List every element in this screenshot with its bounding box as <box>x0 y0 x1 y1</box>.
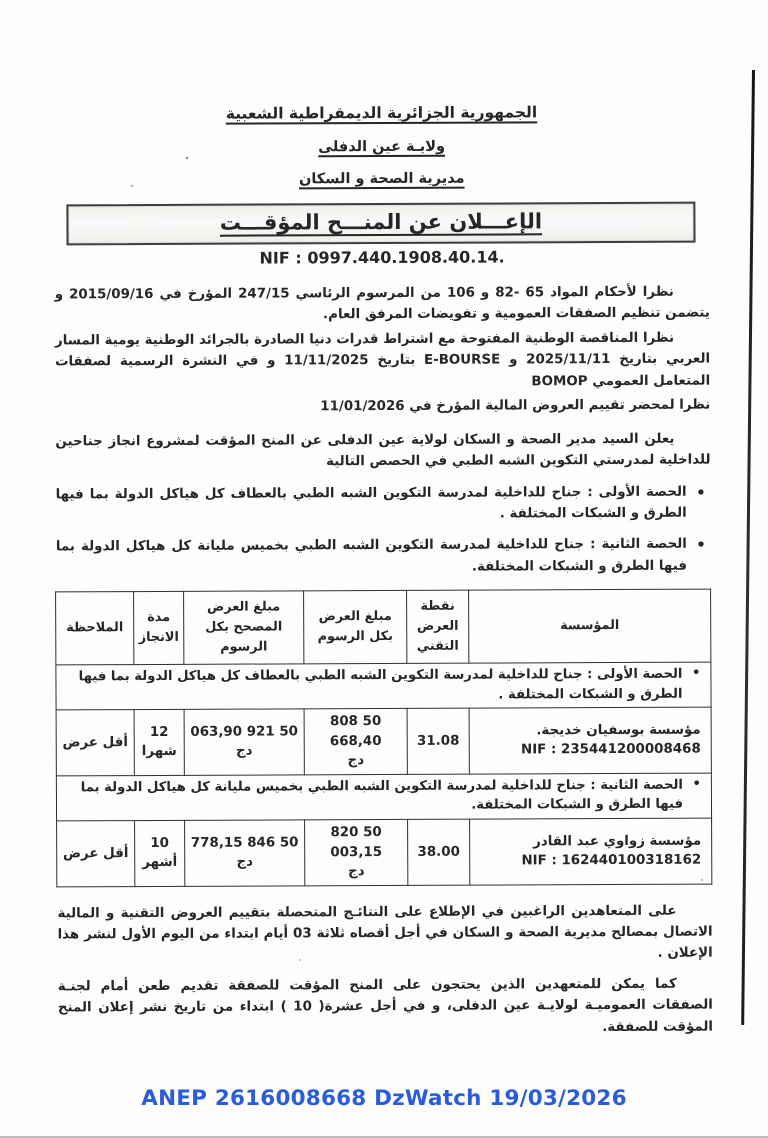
table-section-lot-2: الحصة الثانية : جناح للداخلية لمدرسة الت… <box>56 773 711 821</box>
col-header-remark: الملاحظة <box>56 592 134 665</box>
cell-amount-1: 50 808 668,40 دج <box>304 709 407 775</box>
republic-header-text: الجمهورية الجزائرية الديمقراطية الشعبية <box>226 103 537 122</box>
paragraph-tender-publication: نظرا المناقصة الوطنية المفتوحة مع اشتراط… <box>55 327 710 394</box>
nif-number: NIF : 0997.440.1908.40.14. <box>55 247 710 269</box>
cell-company-2: مؤسسة زواوي عبد القادر NIF : 16244010031… <box>470 818 712 884</box>
cell-remark-1: أقل عرض <box>56 710 134 776</box>
lot-item-2: الحصة الثانية : جناح للداخلية لمدرسة الت… <box>56 534 711 580</box>
directorate-header-line: مديرية الصحة و السكان <box>54 170 709 189</box>
directorate-header-text: مديرية الصحة و السكان <box>299 171 465 188</box>
col-header-technical-score: نقطة العرض التقني <box>407 590 469 663</box>
lot-1-label: الحصة الأولى : <box>587 484 686 499</box>
company-1-nif: NIF : 235441200008468 <box>474 740 701 760</box>
cell-company-1: مؤسسة بوسفيان خديجة. NIF : 2354412000084… <box>469 707 711 773</box>
lot-2-label: الحصة الثانية : <box>590 537 687 552</box>
col-header-offer-amount: مبلغ العرض بكل الرسوم <box>304 591 407 664</box>
award-results-table: المؤسسة نقطة العرض التقني مبلغ العرض بكل… <box>55 589 712 887</box>
footer-notes: على المتعاهدين الراغبين في الإطلاع على ا… <box>57 900 713 1040</box>
paragraph-decree-reference: نظرا لأحكام المواد 65 -82 و 106 من المرس… <box>55 282 710 328</box>
anep-publication-line: ANEP 2616008668 DzWatch 19/03/2026 <box>0 1086 768 1111</box>
cell-amount-2: 50 820 003,15 دج <box>305 820 408 886</box>
page-title: الإعـــلان عن المنـــح المؤقـــت <box>220 209 542 234</box>
wilaya-header-line: ولايـة عين الدفلى <box>54 138 709 157</box>
col-header-company: المؤسسة <box>469 589 711 663</box>
cell-corrected-amount-1: 50 921 063,90 دج <box>184 709 304 775</box>
cell-duration-2: 10 أشهر <box>135 821 185 887</box>
announcement-title-box: الإعـــلان عن المنـــح المؤقـــت <box>66 202 695 246</box>
company-2-nif: NIF : 162440100318162 <box>474 851 701 871</box>
table-header-row: المؤسسة نقطة العرض التقني مبلغ العرض بكل… <box>56 589 711 664</box>
company-2-name: مؤسسة زواوي عبد القادر <box>474 832 701 852</box>
footer-results-consultation-note: على المتعاهدين الراغبين في الإطلاع على ا… <box>57 900 712 967</box>
document-content: الجمهورية الجزائرية الديمقراطية الشعبية … <box>54 103 713 1050</box>
republic-header-line: الجمهورية الجزائرية الديمقراطية الشعبية <box>54 103 709 124</box>
table-section-lot-2-text: الحصة الثانية : جناح للداخلية لمدرسة الت… <box>56 773 711 821</box>
scanned-document-page: الجمهورية الجزائرية الديمقراطية الشعبية … <box>0 0 768 1138</box>
cell-corrected-amount-2: 50 846 778,15 دج <box>185 820 305 886</box>
cell-score-2: 38.00 <box>408 819 470 885</box>
paragraph-evaluation-report: نظرا لمحضر تقييم العروض المالية المؤرخ ف… <box>55 395 710 419</box>
table-row-lot-1: مؤسسة بوسفيان خديجة. NIF : 2354412000084… <box>56 707 711 775</box>
footer-appeal-note: كما يمكن للمتعهدين الذين يحتجون على المن… <box>58 973 713 1040</box>
wilaya-header-text: ولايـة عين الدفلى <box>318 139 445 156</box>
paragraph-award-announcement: يعلن السيد مدير الصحة و السكان لولاية عي… <box>55 428 710 474</box>
col-header-corrected-amount: مبلغ العرض المصحح بكل الرسوم <box>184 591 304 664</box>
table-section-lot-1: الحصة الأولى : جناح للداخلية لمدرسة التك… <box>56 662 711 710</box>
lot-item-1: الحصة الأولى : جناح للداخلية لمدرسة التك… <box>56 481 711 527</box>
cell-duration-1: 12 شهرا <box>134 710 184 776</box>
company-1-name: مؤسسة بوسفيان خديجة. <box>474 721 701 741</box>
lots-list: الحصة الأولى : جناح للداخلية لمدرسة التك… <box>56 481 711 580</box>
scan-right-edge-line <box>741 70 755 1025</box>
table-section-lot-1-text: الحصة الأولى : جناح للداخلية لمدرسة التك… <box>56 662 711 710</box>
table-row-lot-2: مؤسسة زواوي عبد القادر NIF : 16244010031… <box>57 818 712 886</box>
cell-remark-2: أقل عرض <box>57 821 135 887</box>
col-header-duration: مدة الانجاز <box>134 592 184 665</box>
cell-score-1: 31.08 <box>407 708 469 774</box>
